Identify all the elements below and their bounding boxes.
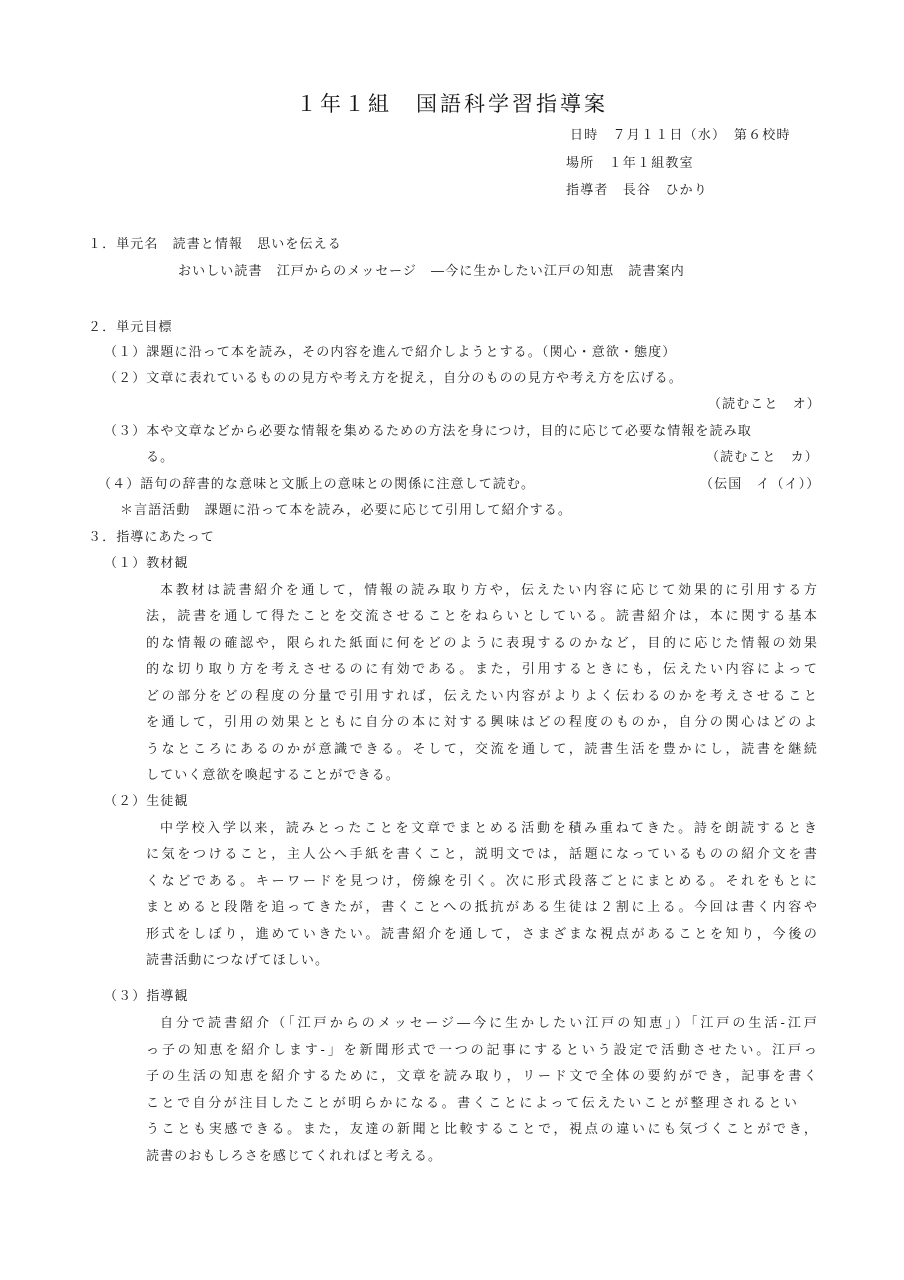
sub2-line: 中学校入学以来，読みとったことを文章でまとめる活動を積み重ねてきた。詩を朗読する… bbox=[160, 817, 818, 836]
sub1-line: 法，読書を通して得たことを交流させることをねらいとしている。読書紹介は，本に関す… bbox=[146, 605, 818, 624]
sub3-line: 自分で読書紹介（「江戸からのメッセージ―今に生かしたい江戸の知恵」）「江戸の生活… bbox=[160, 1012, 818, 1031]
sub1-line: 本教材は読書紹介を通して，情報の読み取り方や，伝えたい内容に応じて効果的に引用す… bbox=[160, 579, 818, 598]
document-page: １年１組 国語科学習指導案 日時 ７月１１日（水） 第６校時 場所 １年１組教室… bbox=[0, 0, 904, 1280]
sub2-line: 読書活動につなげてほしい。 bbox=[146, 949, 329, 968]
sub2-line: くなどである。キーワードを見つけ，傍線を引く。次に形式段落ごとにまとめる。それを… bbox=[146, 870, 818, 889]
section3-heading: ３．指導にあたって bbox=[88, 526, 215, 545]
meta-place: 場所 １年１組教室 bbox=[566, 152, 694, 171]
sub1-line: 的な切り取り方を考えさせるのに有効である。また，引用するときにも，伝えたい内容に… bbox=[146, 658, 818, 677]
section2-heading: ２．単元目標 bbox=[88, 316, 173, 335]
sub3-line: ことで自分が注目したことが明らかになる。書くことによって伝えたいことが整理される… bbox=[146, 1092, 798, 1111]
section1-subline: おいしい読書 江戸からのメッセージ ―今に生かしたい江戸の知恵 読書案内 bbox=[178, 260, 685, 279]
goal-1: （１）課題に沿って本を読み，その内容を進んで紹介しようとする。（関心・意欲・態度… bbox=[104, 341, 676, 360]
goal-4-tag: （伝国 イ（イ）） bbox=[700, 473, 820, 492]
sub2-line: 形式をしぼり，進めていきたい。読書紹介を通して，さまざまな視点があることを知り，… bbox=[146, 923, 818, 942]
sub1-line: を通して，引用の効果とともに自分の本に対する興味はどの程度のものか，自分の関心は… bbox=[146, 711, 818, 730]
sub2-heading: （２）生徒観 bbox=[104, 790, 189, 809]
sub3-line: 子の生活の知恵を紹介するために，文章を読み取り，リード文で全体の要約ができ，記事… bbox=[146, 1065, 818, 1084]
goal-2-tag: （読むこと オ） bbox=[708, 393, 821, 412]
sub1-line: どの部分をどの程度の分量で引用すれば，伝えたい内容がよりよく伝わるのかを考えさせ… bbox=[146, 685, 818, 704]
sub3-line: うことも実感できる。また，友達の新聞と比較することで，視点の違いにも気づくことが… bbox=[146, 1118, 818, 1137]
goal-3: （３）本や文章などから必要な情報を集めるための方法を身につけ，目的に応じて必要な… bbox=[104, 420, 752, 439]
goal-2: （２）文章に表れているものの見方や考え方を捉え，自分のものの見方や考え方を広げる… bbox=[104, 367, 683, 386]
language-activity: ＊言語活動 課題に沿って本を読み，必要に応じて引用して紹介する。 bbox=[120, 499, 572, 518]
section1-heading: １．単元名 読書と情報 思いを伝える bbox=[88, 233, 342, 252]
sub2-line: に気をつけること，主人公へ手紙を書くこと，説明文では，話題になっているものの紹介… bbox=[146, 843, 818, 862]
sub1-line: 的な情報の確認や，限られた紙面に何をどのように表現するのかなど，目的に応じた情報… bbox=[146, 632, 818, 651]
sub3-line: っ子の知恵を紹介します‐」を新聞形式で一つの記事にするという設定で活動させたい。… bbox=[146, 1039, 818, 1058]
sub3-heading: （３）指導観 bbox=[104, 985, 189, 1004]
document-title: １年１組 国語科学習指導案 bbox=[0, 88, 904, 118]
sub1-line: うなところにあるのかが意識できる。そして，交流を通して，読書生活を豊かにし，読書… bbox=[146, 738, 818, 757]
sub2-line: まとめると段階を追ってきたが，書くことへの抵抗がある生徒は２割に上る。今回は書く… bbox=[146, 896, 818, 915]
sub1-line: していく意欲を喚起することができる。 bbox=[146, 764, 400, 783]
goal-3-continuation: る。 bbox=[146, 446, 174, 465]
goal-3-tag: （読むこと カ） bbox=[706, 446, 819, 465]
meta-teacher: 指導者 長谷 ひかり bbox=[566, 179, 708, 198]
sub3-line: 読書のおもしろさを感じてくれればと考える。 bbox=[146, 1145, 442, 1164]
sub1-heading: （１）教材観 bbox=[104, 552, 189, 571]
meta-datetime: 日時 ７月１１日（水） 第６校時 bbox=[570, 124, 791, 143]
goal-4: （４）語句の辞書的な意味と文脈上の意味との関係に注意して読む。 bbox=[98, 473, 535, 492]
